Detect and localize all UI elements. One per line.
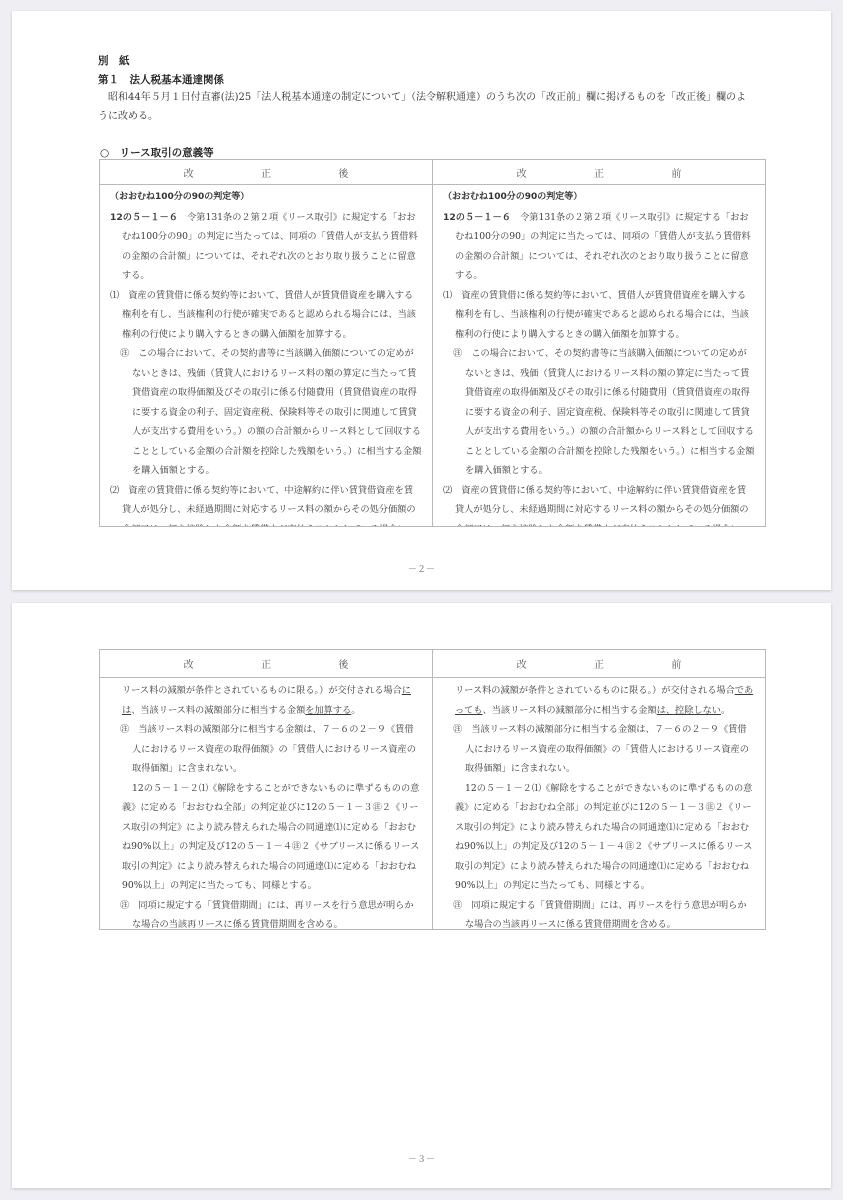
header-char: 改: [517, 656, 527, 671]
paragraph: 12の５－１－２⑴《解除をすることができないものに準ずるものの意義》に定める「お…: [110, 779, 422, 896]
comparison-table: 改 正 後 改 正 前 （おおむね100分の90の判定等） 12の５－１－６ 令…: [99, 159, 766, 527]
continuation: リース料の減額が条件とされているものに限る。）が交付される場合であっても、当該リ…: [443, 681, 755, 720]
caption: （おおむね100分の90の判定等）: [443, 188, 755, 208]
article: 12の５－１－６ 令第131条の２第２項《リース取引》に規定する「おおむね100…: [110, 208, 422, 286]
paragraph: 12の５－１－２⑴《解除をすることができないものに準ずるものの意義》に定める「お…: [443, 779, 755, 896]
cont-text: リース料の減額が条件とされているものに限る。）が交付される場合: [455, 685, 735, 696]
article-number: 12の５－１－６: [443, 212, 511, 223]
header-char: 正: [594, 165, 604, 180]
page-number: －２－: [12, 562, 831, 575]
column-after: （おおむね100分の90の判定等） 12の５－１－６ 令第131条の２第２項《リ…: [100, 185, 433, 527]
intro-line-1: 昭和44年５月１日付直審(法)25「法人税基本通達の制定について」（法令解釈通達…: [98, 88, 768, 107]
header-before: 改 正 前: [433, 160, 765, 184]
item-1: ⑴ 資産の賃貸借に係る契約等において、賃借人が賃貸借資産を購入する権利を有し、当…: [443, 286, 755, 345]
cont-text: 。: [721, 705, 730, 716]
header-char: 正: [261, 656, 271, 671]
column-before: （おおむね100分の90の判定等） 12の５－１－６ 令第131条の２第２項《リ…: [433, 185, 765, 527]
header-char: 前: [671, 656, 681, 671]
header-char: 前: [671, 165, 681, 180]
article: 12の５－１－６ 令第131条の２第２項《リース取引》に規定する「おおむね100…: [443, 208, 755, 286]
document-page-3: 改 正 後 改 正 前 リース料の減額が条件とされているものに限る。）が交付され…: [12, 603, 831, 1188]
header-after: 改 正 後: [100, 650, 433, 677]
header-char: 改: [517, 165, 527, 180]
table-header: 改 正 後 改 正 前: [100, 160, 765, 185]
document-page-2: 別 紙 第１ 法人税基本通達関係 昭和44年５月１日付直審(法)25「法人税基本…: [12, 11, 831, 590]
cont-text: 、当該リース料の減額部分に相当する金額: [131, 705, 305, 716]
caption: （おおむね100分の90の判定等）: [110, 188, 422, 208]
item-1: ⑴ 資産の賃貸借に係る契約等において、賃借人が賃貸借資産を購入する権利を有し、当…: [110, 286, 422, 345]
cont-text: リース料の減額が条件とされているものに限る。）が交付される場合: [122, 685, 402, 696]
item-2: ⑵ 資産の賃貸借に係る契約等において、中途解約に伴い賃貸借資産を賃貸人が処分し、…: [110, 481, 422, 528]
header-char: 改: [184, 165, 194, 180]
note-2: ㊟ 同項に規定する「賃貸借期間」には、再リースを行う意思が明らかな場合の当該再リ…: [110, 896, 422, 935]
table-body: リース料の減額が条件とされているものに限る。）が交付される場合には、当該リース料…: [100, 678, 765, 930]
header-after: 改 正 後: [100, 160, 433, 184]
topic-heading: ○ リース取引の意義等: [100, 145, 214, 160]
intro-paragraph: 昭和44年５月１日付直審(法)25「法人税基本通達の制定について」（法令解釈通達…: [98, 88, 768, 126]
item-2: ⑵ 資産の賃貸借に係る契約等において、中途解約に伴い賃貸借資産を賃貸人が処分し、…: [443, 481, 755, 528]
page-number: －３－: [12, 1152, 831, 1165]
table-body: （おおむね100分の90の判定等） 12の５－１－６ 令第131条の２第２項《リ…: [100, 185, 765, 527]
note-1: ㊟ この場合において、その契約書等に当該購入価額についての定めがないときは、残価…: [443, 344, 755, 481]
note-1: ㊟ 当該リース料の減額部分に相当する金額は、７－６の２－９《賃借人におけるリース…: [110, 720, 422, 779]
article-number: 12の５－１－６: [110, 212, 178, 223]
header-before: 改 正 前: [433, 650, 765, 677]
intro-line-2: うに改める。: [98, 107, 768, 126]
header-char: 正: [594, 656, 604, 671]
comparison-table: 改 正 後 改 正 前 リース料の減額が条件とされているものに限る。）が交付され…: [99, 649, 766, 930]
underlined-change: は、控除しない: [657, 705, 721, 716]
header-char: 改: [184, 656, 194, 671]
cont-text: 、当該リース料の減額部分に相当する金額: [483, 705, 657, 716]
header-char: 正: [261, 165, 271, 180]
header-char: 後: [338, 656, 348, 671]
header-char: 後: [338, 165, 348, 180]
section-title: 第１ 法人税基本通達関係: [98, 72, 224, 87]
note-1: ㊟ 当該リース料の減額部分に相当する金額は、７－６の２－９《賃借人におけるリース…: [443, 720, 755, 779]
cont-text: 。: [351, 705, 360, 716]
table-header: 改 正 後 改 正 前: [100, 650, 765, 678]
attachment-label: 別 紙: [98, 53, 130, 68]
note-2: ㊟ 同項に規定する「賃貸借期間」には、再リースを行う意思が明らかな場合の当該再リ…: [443, 896, 755, 935]
column-before: リース料の減額が条件とされているものに限る。）が交付される場合であっても、当該リ…: [433, 678, 765, 930]
note-1: ㊟ この場合において、その契約書等に当該購入価額についての定めがないときは、残価…: [110, 344, 422, 481]
continuation: リース料の減額が条件とされているものに限る。）が交付される場合には、当該リース料…: [110, 681, 422, 720]
underlined-change: を加算する: [305, 705, 351, 716]
item-2-text: ⑵ 資産の賃貸借に係る契約等において、中途解約に伴い賃貸借資産を賃貸人が処分し、…: [443, 485, 749, 528]
column-after: リース料の減額が条件とされているものに限る。）が交付される場合には、当該リース料…: [100, 678, 433, 930]
